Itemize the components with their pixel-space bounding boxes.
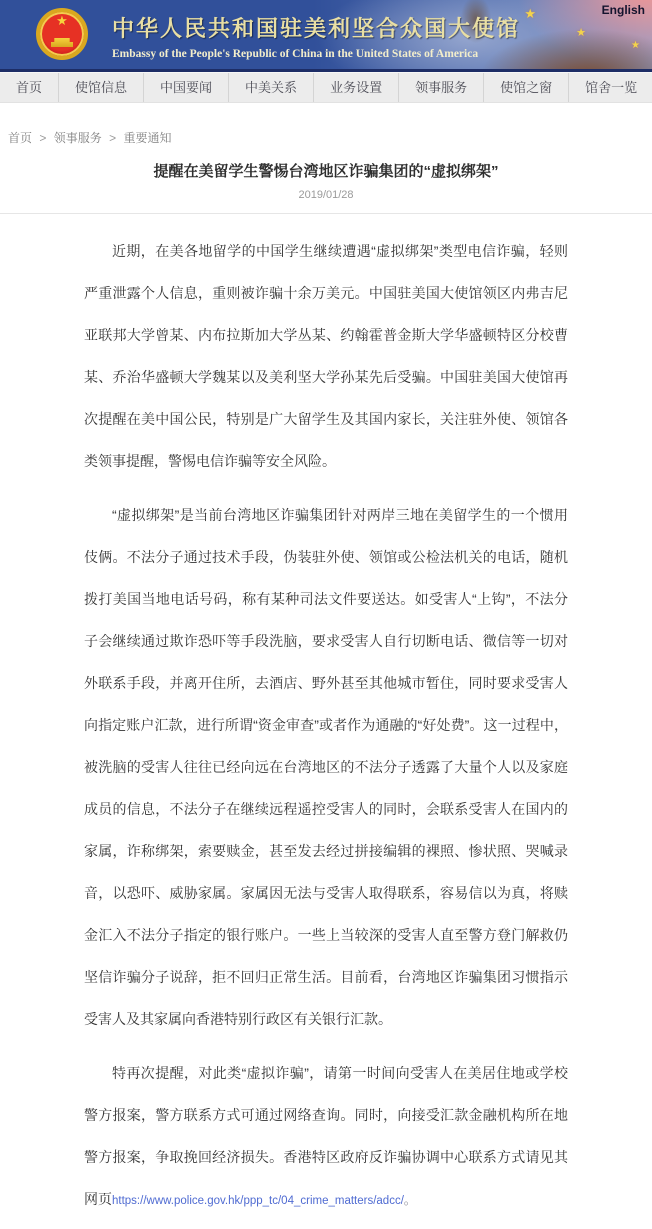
main-nav: 首页 使馆信息 中国要闻 中美关系 业务设置 领事服务 使馆之窗 馆舍一览 bbox=[0, 72, 652, 103]
emblem-gate-icon bbox=[51, 38, 73, 47]
english-language-link[interactable]: English bbox=[602, 3, 645, 17]
breadcrumb-consular-service[interactable]: 领事服务 bbox=[54, 131, 102, 145]
national-emblem-icon: ★ bbox=[36, 8, 88, 60]
article-paragraph-text: 特再次提醒，对此类“虚拟诈骗”，请第一时间向受害人在美居住地或学校警方报案，警方… bbox=[84, 1065, 568, 1207]
emblem-star-icon: ★ bbox=[40, 14, 84, 27]
nav-item-china-news[interactable]: 中国要闻 bbox=[144, 73, 229, 102]
police-hk-link[interactable]: https://www.police.gov.hk/ppp_tc/04_crim… bbox=[112, 1195, 404, 1207]
breadcrumb-important-notice[interactable]: 重要通知 bbox=[123, 131, 171, 145]
site-header-banner: ★ 中华人民共和国驻美利坚合众国大使馆 Embassy of the Peopl… bbox=[0, 0, 652, 72]
site-title-chinese: 中华人民共和国驻美利坚合众国大使馆 bbox=[112, 12, 520, 43]
breadcrumb-separator: > bbox=[39, 131, 46, 145]
article-body: 近期，在美各地留学的中国学生继续遭遇“虚拟绑架”类型电信诈骗，轻则严重泄露个人信… bbox=[84, 214, 568, 1228]
nav-item-home[interactable]: 首页 bbox=[0, 73, 59, 102]
flag-star-icon: ★ bbox=[576, 26, 586, 39]
nav-item-premises-overview[interactable]: 馆舍一览 bbox=[569, 73, 652, 102]
article-paragraph: “虚拟绑架”是当前台湾地区诈骗集团针对两岸三地在美留学生的一个惯用伎俩。不法分子… bbox=[84, 494, 568, 1040]
article-paragraph: 特再次提醒，对此类“虚拟诈骗”，请第一时间向受害人在美居住地或学校警方报案，警方… bbox=[84, 1052, 568, 1222]
link-suffix-period: 。 bbox=[404, 1193, 416, 1207]
nav-item-embassy-info[interactable]: 使馆信息 bbox=[59, 73, 144, 102]
breadcrumb-separator: > bbox=[109, 131, 116, 145]
site-titles: 中华人民共和国驻美利坚合众国大使馆 Embassy of the People'… bbox=[112, 12, 520, 60]
article-title: 提醒在美留学生警惕台湾地区诈骗集团的“虚拟绑架” bbox=[0, 160, 652, 181]
nav-item-china-us-relations[interactable]: 中美关系 bbox=[229, 73, 314, 102]
site-title-english: Embassy of the People's Republic of Chin… bbox=[112, 48, 520, 60]
nav-item-services[interactable]: 业务设置 bbox=[314, 73, 399, 102]
breadcrumb-home[interactable]: 首页 bbox=[8, 131, 32, 145]
article-date: 2019/01/28 bbox=[0, 189, 652, 201]
breadcrumb: 首页 > 领事服务 > 重要通知 bbox=[0, 103, 652, 146]
flag-star-icon: ★ bbox=[524, 6, 536, 22]
nav-item-embassy-window[interactable]: 使馆之窗 bbox=[484, 73, 569, 102]
nav-item-consular-service[interactable]: 领事服务 bbox=[399, 73, 484, 102]
flag-star-icon: ★ bbox=[631, 40, 640, 51]
article-paragraph: 近期，在美各地留学的中国学生继续遭遇“虚拟绑架”类型电信诈骗，轻则严重泄露个人信… bbox=[84, 230, 568, 482]
article-header: 提醒在美留学生警惕台湾地区诈骗集团的“虚拟绑架” 2019/01/28 bbox=[0, 160, 652, 201]
